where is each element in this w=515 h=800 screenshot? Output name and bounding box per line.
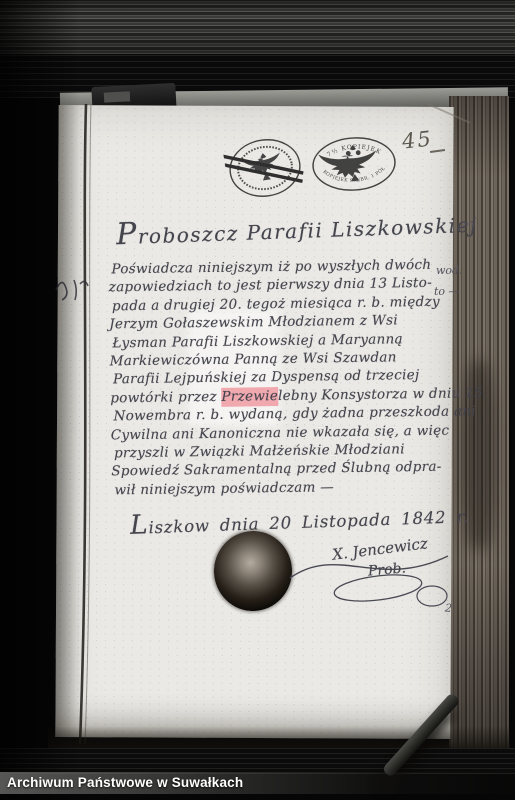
line-text: Spowiedź Sakramentalną przed Ślubną odpr… [111, 459, 442, 480]
archive-caption-bar: Archiwum Państwowe w Suwałkach [0, 772, 515, 794]
wood-table-surface [0, 0, 515, 54]
bleed-fragment: wod. [436, 264, 463, 277]
book-clasp-pin [104, 91, 130, 102]
line-text-after: lebny Konsystorza w dniu 15. [278, 385, 488, 404]
line-text: Markiewiczówna Panną ze Wsi Szawdan [110, 349, 397, 369]
archive-caption-text: Archiwum Państwowe w Suwałkach [0, 772, 515, 794]
right-revenue-stamp: 7½ KOPIEJEK KOPIEJEK SREBR. 1 PÓŁ [308, 131, 400, 197]
pencil-page-number: 45 [401, 126, 434, 153]
archival-photo-scene: ARCHIWUM PAŃSTWOWE W SUWAŁKACH [0, 0, 515, 800]
line-text: wił niniejszym poświadczam — [114, 479, 334, 498]
document-body: Poświadcza niniejszym iż po wyszłych dwó… [108, 256, 451, 500]
highlighted-word: Przewie [221, 387, 278, 407]
line-text: powtórki przez [110, 389, 221, 407]
gutter-ink-mark [52, 272, 92, 306]
left-revenue-stamp [222, 131, 309, 204]
bleed-fragment: 2. [444, 601, 456, 615]
stamp-top-text: 7½ KOPIEJEK [325, 142, 383, 160]
bleed-fragment: to — [434, 285, 460, 298]
line-text: Jerzym Gołaszewskim Młodzianem z Wsi [109, 313, 398, 333]
table-bottom-texture [0, 748, 515, 774]
signature-title: Prob. [367, 560, 406, 579]
